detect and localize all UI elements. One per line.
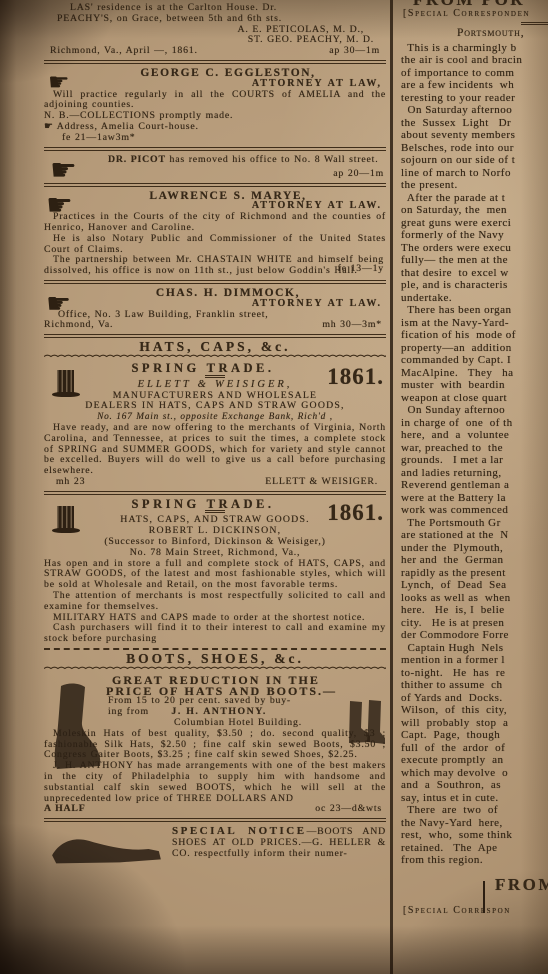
pointing-hand-icon: ☛ [46, 290, 72, 318]
advertiser-name: DR. PICOT [108, 154, 166, 165]
ad-dickinson: 1861. SPRING TRADE. HATS, CAPS, AND STRA… [44, 496, 386, 647]
column-divider-rule [483, 881, 485, 913]
article-header: FROM POR [413, 0, 548, 7]
article-paragraph: There has been organ ism at the Navy-Yar… [401, 304, 548, 404]
ad-text: Practices in the Courts of the city of R… [44, 212, 386, 234]
article-paragraph: This is a charmingly b the air is cool a… [401, 42, 548, 105]
ad-tag: ap 30—1m [329, 46, 380, 57]
year-label: 1861. [327, 372, 384, 383]
ad-divider [44, 280, 386, 284]
ad-heading: SPECIAL NOTICE [172, 825, 307, 837]
pointing-hand-icon: ☛ [48, 70, 70, 94]
ad-divider [44, 183, 386, 187]
article-body: This is a charmingly b the air is cool a… [401, 42, 548, 867]
ad-tag: mh 23 [56, 477, 85, 488]
ad-text: DR. PICOT has removed his office to No. … [108, 155, 386, 166]
ad-anthony: GREAT REDUCTION IN THE PRICE OF HATS AND… [44, 672, 386, 817]
section-header-hats: HATS, CAPS, &c. [44, 342, 386, 353]
ad-tag: fe 21—1aw3m* [62, 133, 386, 144]
correspondence-column: FROM POR [Special Corresponden Portsmout… [401, 0, 548, 969]
signature: ELLETT & WEISIGER. [265, 477, 378, 488]
ad-ellett-weisiger: 1861. SPRING TRADE. ELLETT & WEISIGER, M… [44, 360, 386, 490]
ad-city: Richmond, Va. [44, 320, 113, 331]
section-header-boots: BOOTS, SHOES, &c. [44, 654, 386, 665]
ad-tag: fe 13—1y [329, 264, 384, 275]
ad-marye: ☛ LAWRENCE S. MARYE, ATTORNEY AT LAW. Pr… [44, 188, 386, 279]
ad-text: He is also Notary Public and Commissione… [44, 234, 386, 256]
pointing-hand-icon: ☛ [44, 121, 54, 132]
article-paragraph: On Saturday afternoo the Sussex Light Dr… [401, 104, 548, 192]
ad-text: A HALF [44, 804, 86, 815]
article-dateline: Portsmouth, [457, 27, 548, 40]
ad-tag: mh 30—3m* [322, 320, 382, 331]
ad-tag: oc 23—d&wts [315, 804, 382, 815]
top-hat-icon [52, 506, 80, 536]
ad-address: Address, Amelia Court-house. [57, 121, 199, 132]
dateline: Richmond, Va., April —, 1861. [50, 46, 198, 57]
article-paragraph: The Portsmouth Gr are stationed at the N… [401, 517, 548, 642]
top-hat-icon [52, 370, 80, 400]
classified-ads-column: LAS' residence is at the Carlton House. … [44, 0, 386, 866]
newspaper-page: LAS' residence is at the Carlton House. … [0, 0, 548, 974]
ad-text: DEALERS IN HATS, CAPS AND STRAW GOODS, [44, 401, 386, 412]
ad-eggleston: ☛ GEORGE C. EGGLESTON, ATTORNEY AT LAW, … [44, 65, 386, 146]
advertiser-title: ATTORNEY AT LAW. [44, 299, 386, 310]
article-dateline: No [401, 927, 548, 940]
short-divider [205, 375, 225, 378]
boot-icon [44, 680, 106, 775]
wavy-divider [44, 354, 386, 358]
ad-dimmock: ☛ CHAS. H. DIMMOCK, ATTORNEY AT LAW. Off… [44, 285, 386, 333]
pointing-hand-icon: ☛ [50, 156, 78, 186]
ad-text: has removed his office to No. 8 Wall str… [166, 154, 379, 165]
ad-text: Will practice regularly in all the COURT… [44, 90, 386, 112]
next-article-fragment: FROM [Special Correspon No [401, 879, 548, 969]
ad-picot: ☛ DR. PICOT has removed his office to No… [44, 152, 386, 182]
ad-text: Cash purchasers will find it to their in… [44, 623, 386, 645]
ad-peachy-fragment: LAS' residence is at the Carlton House. … [44, 0, 386, 59]
ad-text: PEACHY'S, on Grace, between 5th and 6th … [57, 14, 386, 25]
ad-divider [44, 648, 386, 650]
shoe-icon [48, 828, 166, 866]
ad-heller: SPECIAL NOTICE—BOOTS AND SHOES AT OLD PR… [44, 823, 386, 861]
short-divider [205, 510, 225, 513]
article-header: FROM [495, 879, 548, 892]
ad-divider [44, 491, 386, 495]
correspondent-line: [Special Correspon [403, 905, 548, 918]
short-divider [521, 22, 548, 25]
ad-divider [44, 60, 386, 64]
article-paragraph: On Sunday afternoo in charge of one of t… [401, 404, 548, 517]
ad-text: The partnership between Mr. CHASTAIN WHI… [44, 255, 386, 277]
advertiser-name: J. H. ANTHONY. [171, 706, 266, 717]
correspondent-line: [Special Corresponden [403, 8, 548, 21]
wavy-divider [44, 666, 386, 670]
year-label: 1861. [327, 508, 384, 519]
column-divider-rule [390, 0, 393, 974]
ad-divider [44, 818, 386, 822]
boots-pair-icon [346, 698, 386, 748]
ad-text: Has open and in store a full and complet… [44, 559, 386, 591]
article-paragraph: After the parade at t on Saturday, the m… [401, 192, 548, 305]
ad-text: The attention of merchants is most respe… [44, 591, 386, 613]
article-paragraph: Captain Hugh Nels mention in a former l … [401, 642, 548, 805]
article-paragraph: There are two of the Navy-Yard here, res… [401, 804, 548, 867]
ad-text: Have ready, and are now offering to the … [44, 423, 386, 477]
advertiser-title: ATTORNEY AT LAW, [44, 79, 386, 90]
ad-text: ing from [108, 706, 149, 717]
ad-divider [44, 147, 386, 151]
pointing-hand-icon: ☛ [46, 191, 74, 221]
ad-divider [44, 334, 386, 338]
ad-tag: ap 20—1m [333, 169, 384, 180]
